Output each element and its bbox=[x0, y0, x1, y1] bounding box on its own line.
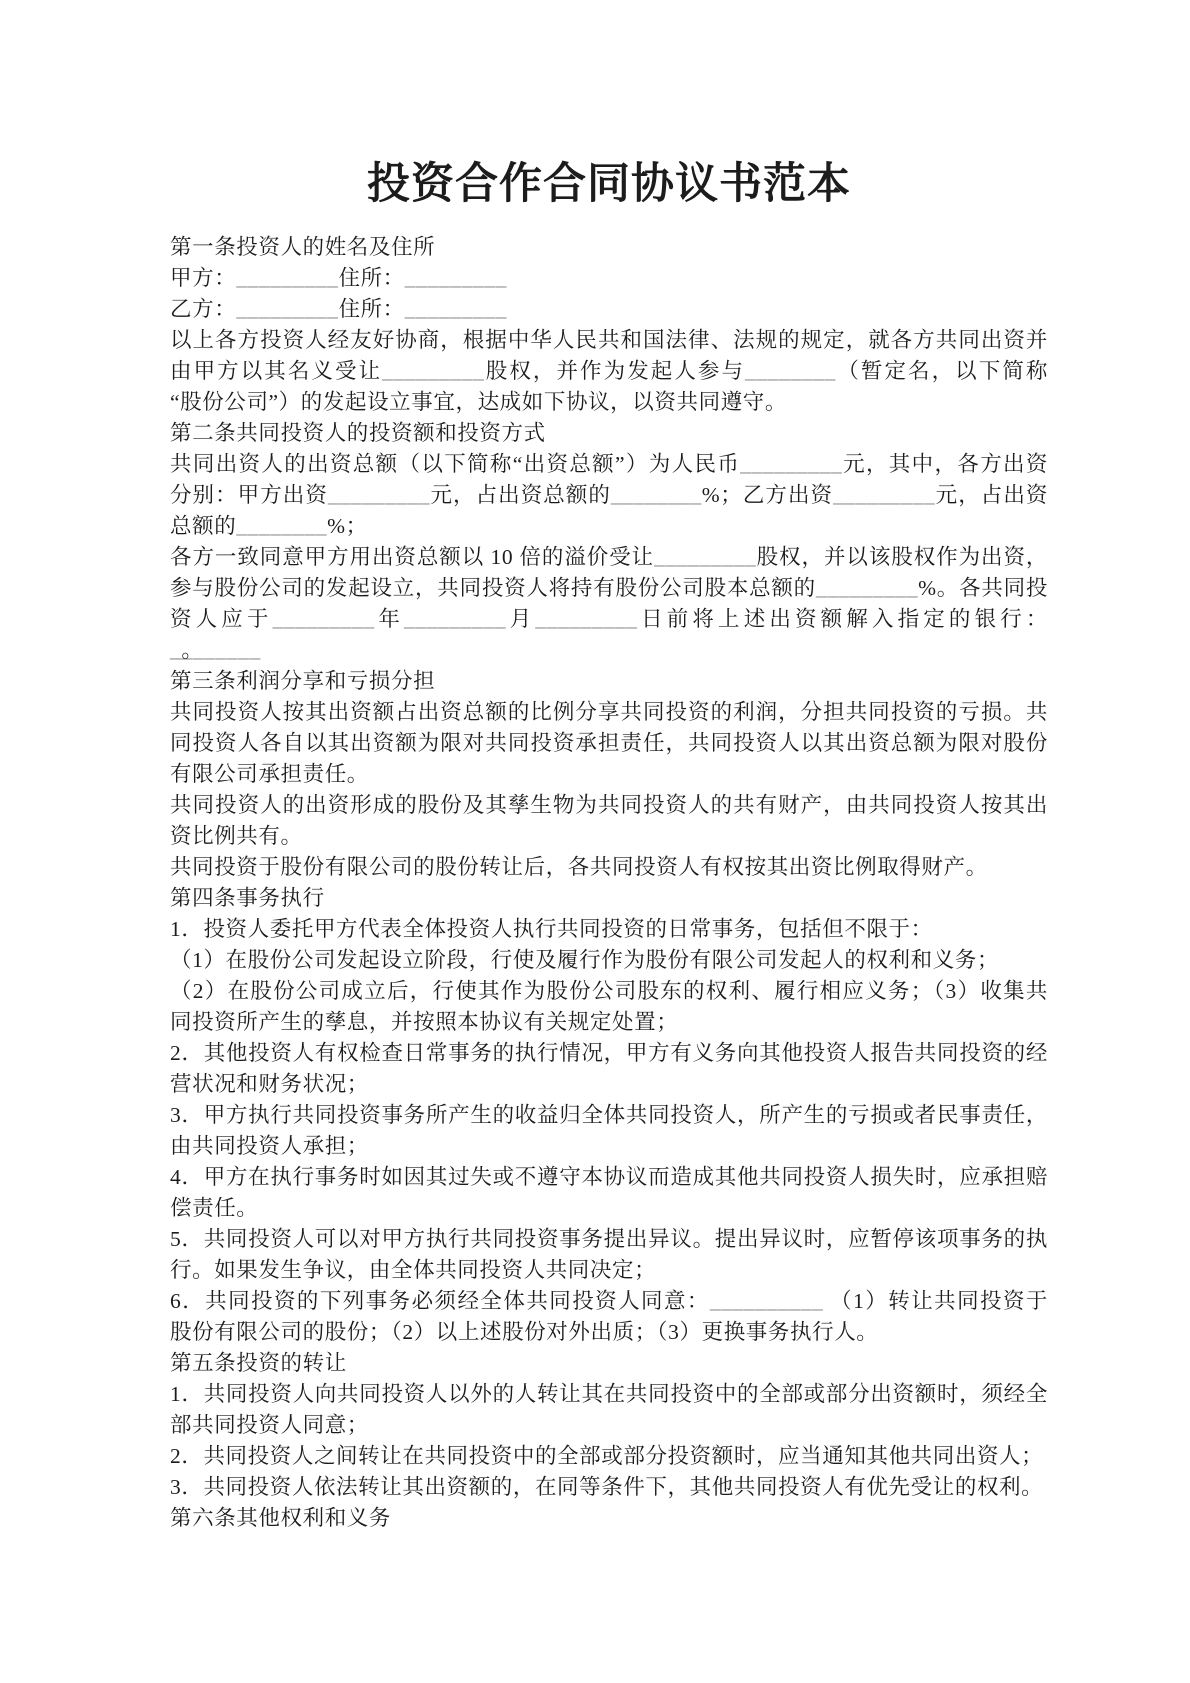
blank-underline: _________ bbox=[740, 452, 842, 476]
text-line: 第五条投资的转让 bbox=[170, 1348, 1048, 1379]
blank-underline: ________ bbox=[745, 359, 836, 383]
text-line: 第二条共同投资人的投资额和投资方式 bbox=[170, 418, 1048, 449]
document-body: 第一条投资人的姓名及住所甲方：_________住所：_________乙方：_… bbox=[170, 232, 1048, 1534]
text-line: 资比例共有。 bbox=[170, 821, 1048, 852]
text-line: 总额的________%； bbox=[170, 511, 1048, 542]
blank-underline: _________ bbox=[382, 359, 484, 383]
text-line: 资人应于_________年_________月_________日前将上述出资… bbox=[170, 604, 1048, 635]
text-line: 偿责任。 bbox=[170, 1193, 1048, 1224]
text-line: 部共同投资人同意； bbox=[170, 1410, 1048, 1441]
text-line: 1．投资人委托甲方代表全体投资人执行共同投资的日常事务，包括但不限于： bbox=[170, 914, 1048, 945]
text-line: 1．共同投资人向共同投资人以外的人转让其在共同投资中的全部或部分出资额时，须经全 bbox=[170, 1379, 1048, 1410]
text-line: 6．共同投资的下列事务必须经全体共同投资人同意：__________ （1）转让… bbox=[170, 1286, 1048, 1317]
text-line: 共同出资人的出资总额（以下简称“出资总额”）为人民币_________元，其中，… bbox=[170, 449, 1048, 480]
text-line: 第六条其他权利和义务 bbox=[170, 1503, 1048, 1534]
text-line: 分别：甲方出资_________元，占出资总额的________%；乙方出资__… bbox=[170, 480, 1048, 511]
page: { "page": { "background": "#ffffff", "te… bbox=[0, 0, 1190, 1683]
blank-underline: _________ bbox=[273, 607, 375, 631]
text-line: 行。如果发生争议，由全体共同投资人共同决定； bbox=[170, 1255, 1048, 1286]
text-line: 第四条事务执行 bbox=[170, 883, 1048, 914]
blank-underline: ________ bbox=[611, 483, 702, 507]
text-line: 以上各方投资人经友好协商，根据中华人民共和国法律、法规的规定，就各方共同出资并 bbox=[170, 325, 1048, 356]
text-line: 由共同投资人承担； bbox=[170, 1131, 1048, 1162]
text-line: （1）在股份公司发起设立阶段，行使及履行作为股份有限公司发起人的权利和义务； bbox=[170, 945, 1048, 976]
text-line: 3．甲方执行共同投资事务所产生的收益归全体共同投资人，所产生的亏损或者民事责任， bbox=[170, 1100, 1048, 1131]
text-line: _。 bbox=[170, 635, 1048, 666]
blank-underline: _ bbox=[170, 638, 181, 662]
text-line: 2．共同投资人之间转让在共同投资中的全部或部分投资额时，应当通知其他共同出资人； bbox=[170, 1441, 1048, 1472]
blank-underline: _________ bbox=[816, 576, 918, 600]
text-line: 各方一致同意甲方用出资总额以 10 倍的溢价受让_________股权，并以该股… bbox=[170, 542, 1048, 573]
blank-underline: __________ bbox=[710, 1289, 824, 1313]
text-line: 4．甲方在执行事务时如因其过失或不遵守本协议而造成其他共同投资人损失时，应承担赔 bbox=[170, 1162, 1048, 1193]
text-line: 2．其他投资人有权检查日常事务的执行情况，甲方有义务向其他投资人报告共同投资的经 bbox=[170, 1038, 1048, 1069]
contract-document: 投资合作合同协议书范本 第一条投资人的姓名及住所甲方：_________住所：_… bbox=[170, 0, 1048, 1534]
blank-underline: _________ bbox=[654, 545, 756, 569]
blank-underline: ________ bbox=[236, 514, 327, 538]
text-line: 第一条投资人的姓名及住所 bbox=[170, 232, 1048, 263]
blank-underline: _________ bbox=[535, 607, 637, 631]
text-line: 参与股份公司的发起设立，共同投资人将持有股份公司股本总额的_________%。… bbox=[170, 573, 1048, 604]
document-title: 投资合作合同协议书范本 bbox=[170, 160, 1048, 210]
blank-underline: _________ bbox=[236, 266, 338, 290]
text-line: 同投资人各自以其出资额为限对共同投资承担责任，共同投资人以其出资总额为限对股份 bbox=[170, 728, 1048, 759]
text-line: 第三条利润分享和亏损分担 bbox=[170, 666, 1048, 697]
text-line: 共同投资人的出资形成的股份及其孳生物为共同投资人的共有财产，由共同投资人按其出 bbox=[170, 790, 1048, 821]
text-line: 共同投资于股份有限公司的股份转让后，各共同投资人有权按其出资比例取得财产。 bbox=[170, 852, 1048, 883]
text-line: 股份有限公司的股份；（2）以上述股份对外出质；（3）更换事务执行人。 bbox=[170, 1317, 1048, 1348]
text-line: 由甲方以其名义受让_________股权，并作为发起人参与________（暂定… bbox=[170, 356, 1048, 387]
blank-underline: _________ bbox=[404, 607, 506, 631]
text-line: 5．共同投资人可以对甲方执行共同投资事务提出异议。提出异议时，应暂停该项事务的执 bbox=[170, 1224, 1048, 1255]
text-line: （2）在股份公司成立后，行使其作为股份公司股东的权利、履行相应义务；（3）收集共 bbox=[170, 976, 1048, 1007]
text-line: 有限公司承担责任。 bbox=[170, 759, 1048, 790]
text-line: 乙方：_________住所：_________ bbox=[170, 294, 1048, 325]
text-line: 3．共同投资人依法转让其出资额的，在同等条件下，其他共同投资人有优先受让的权利。 bbox=[170, 1472, 1048, 1503]
blank-underline: _________ bbox=[833, 483, 935, 507]
text-line: 营状况和财务状况； bbox=[170, 1069, 1048, 1100]
text-line: “股份公司”）的发起设立事宜，达成如下协议，以资共同遵守。 bbox=[170, 387, 1048, 418]
text-line: 同投资所产生的孳息，并按照本协议有关规定处置； bbox=[170, 1007, 1048, 1038]
blank-underline: _________ bbox=[236, 297, 338, 321]
blank-underline: _________ bbox=[328, 483, 430, 507]
text-line: 甲方：_________住所：_________ bbox=[170, 263, 1048, 294]
text-line: 共同投资人按其出资额占出资总额的比例分享共同投资的利润，分担共同投资的亏损。共 bbox=[170, 697, 1048, 728]
blank-underline: _________ bbox=[405, 297, 507, 321]
blank-underline: _________ bbox=[405, 266, 507, 290]
